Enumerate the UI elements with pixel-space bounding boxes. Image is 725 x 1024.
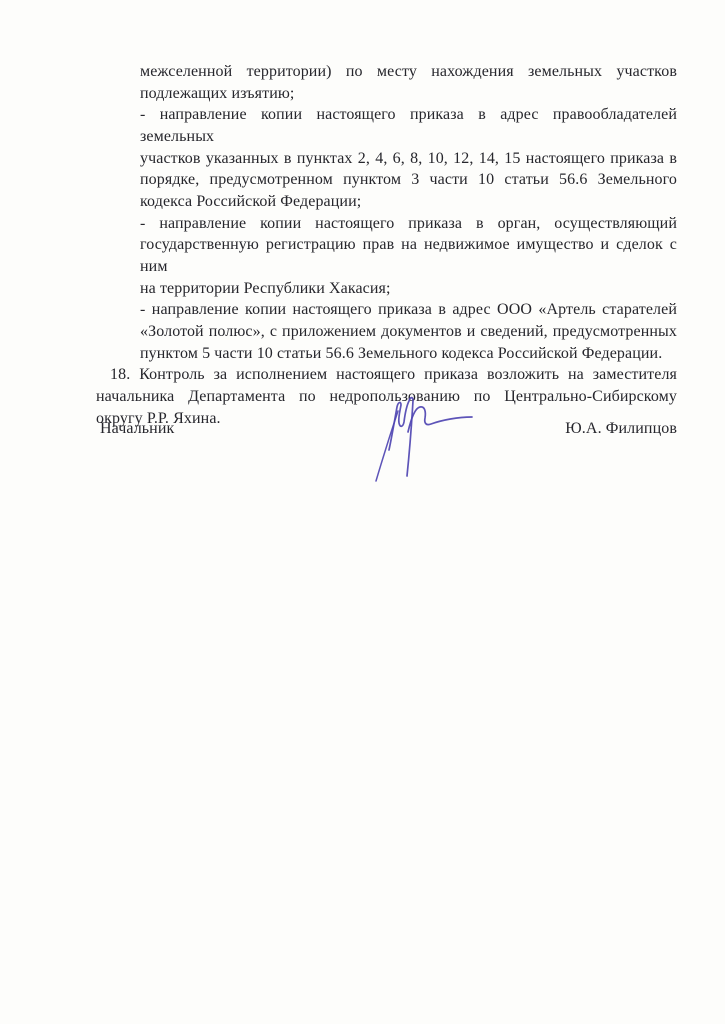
body-line: - направление копии настоящего приказа в… bbox=[140, 104, 677, 147]
body-line: межселенной территории) по месту нахожде… bbox=[140, 61, 677, 83]
document-page: межселенной территории) по месту нахожде… bbox=[0, 0, 725, 1024]
signature-stroke bbox=[408, 407, 472, 432]
signature-ink bbox=[364, 392, 480, 488]
body-line: 18. Контроль за исполнением настоящего п… bbox=[96, 364, 677, 386]
body-line: - направление копии настоящего приказа в… bbox=[140, 213, 677, 235]
signatory-title: Начальник bbox=[100, 418, 174, 439]
body-line: пунктом 5 части 10 статьи 56.6 Земельног… bbox=[140, 343, 677, 365]
body-line: кодекса Российской Федерации; bbox=[140, 191, 677, 213]
body-line: государственную регистрацию прав на недв… bbox=[140, 234, 677, 277]
signatory-name: Ю.А. Филипцов bbox=[565, 418, 677, 439]
body-line: «Золотой полюс», с приложением документо… bbox=[140, 321, 677, 343]
document-body: межселенной территории) по месту нахожде… bbox=[96, 61, 677, 429]
body-line: на территории Республики Хакасия; bbox=[140, 278, 677, 300]
body-line: подлежащих изъятию; bbox=[140, 83, 677, 105]
body-line: порядке, предусмотренном пунктом 3 части… bbox=[140, 169, 677, 191]
signature-stroke bbox=[389, 398, 413, 476]
body-line: - направление копии настоящего приказа в… bbox=[140, 299, 677, 321]
body-line: участков указанных в пунктах 2, 4, 6, 8,… bbox=[140, 148, 677, 170]
